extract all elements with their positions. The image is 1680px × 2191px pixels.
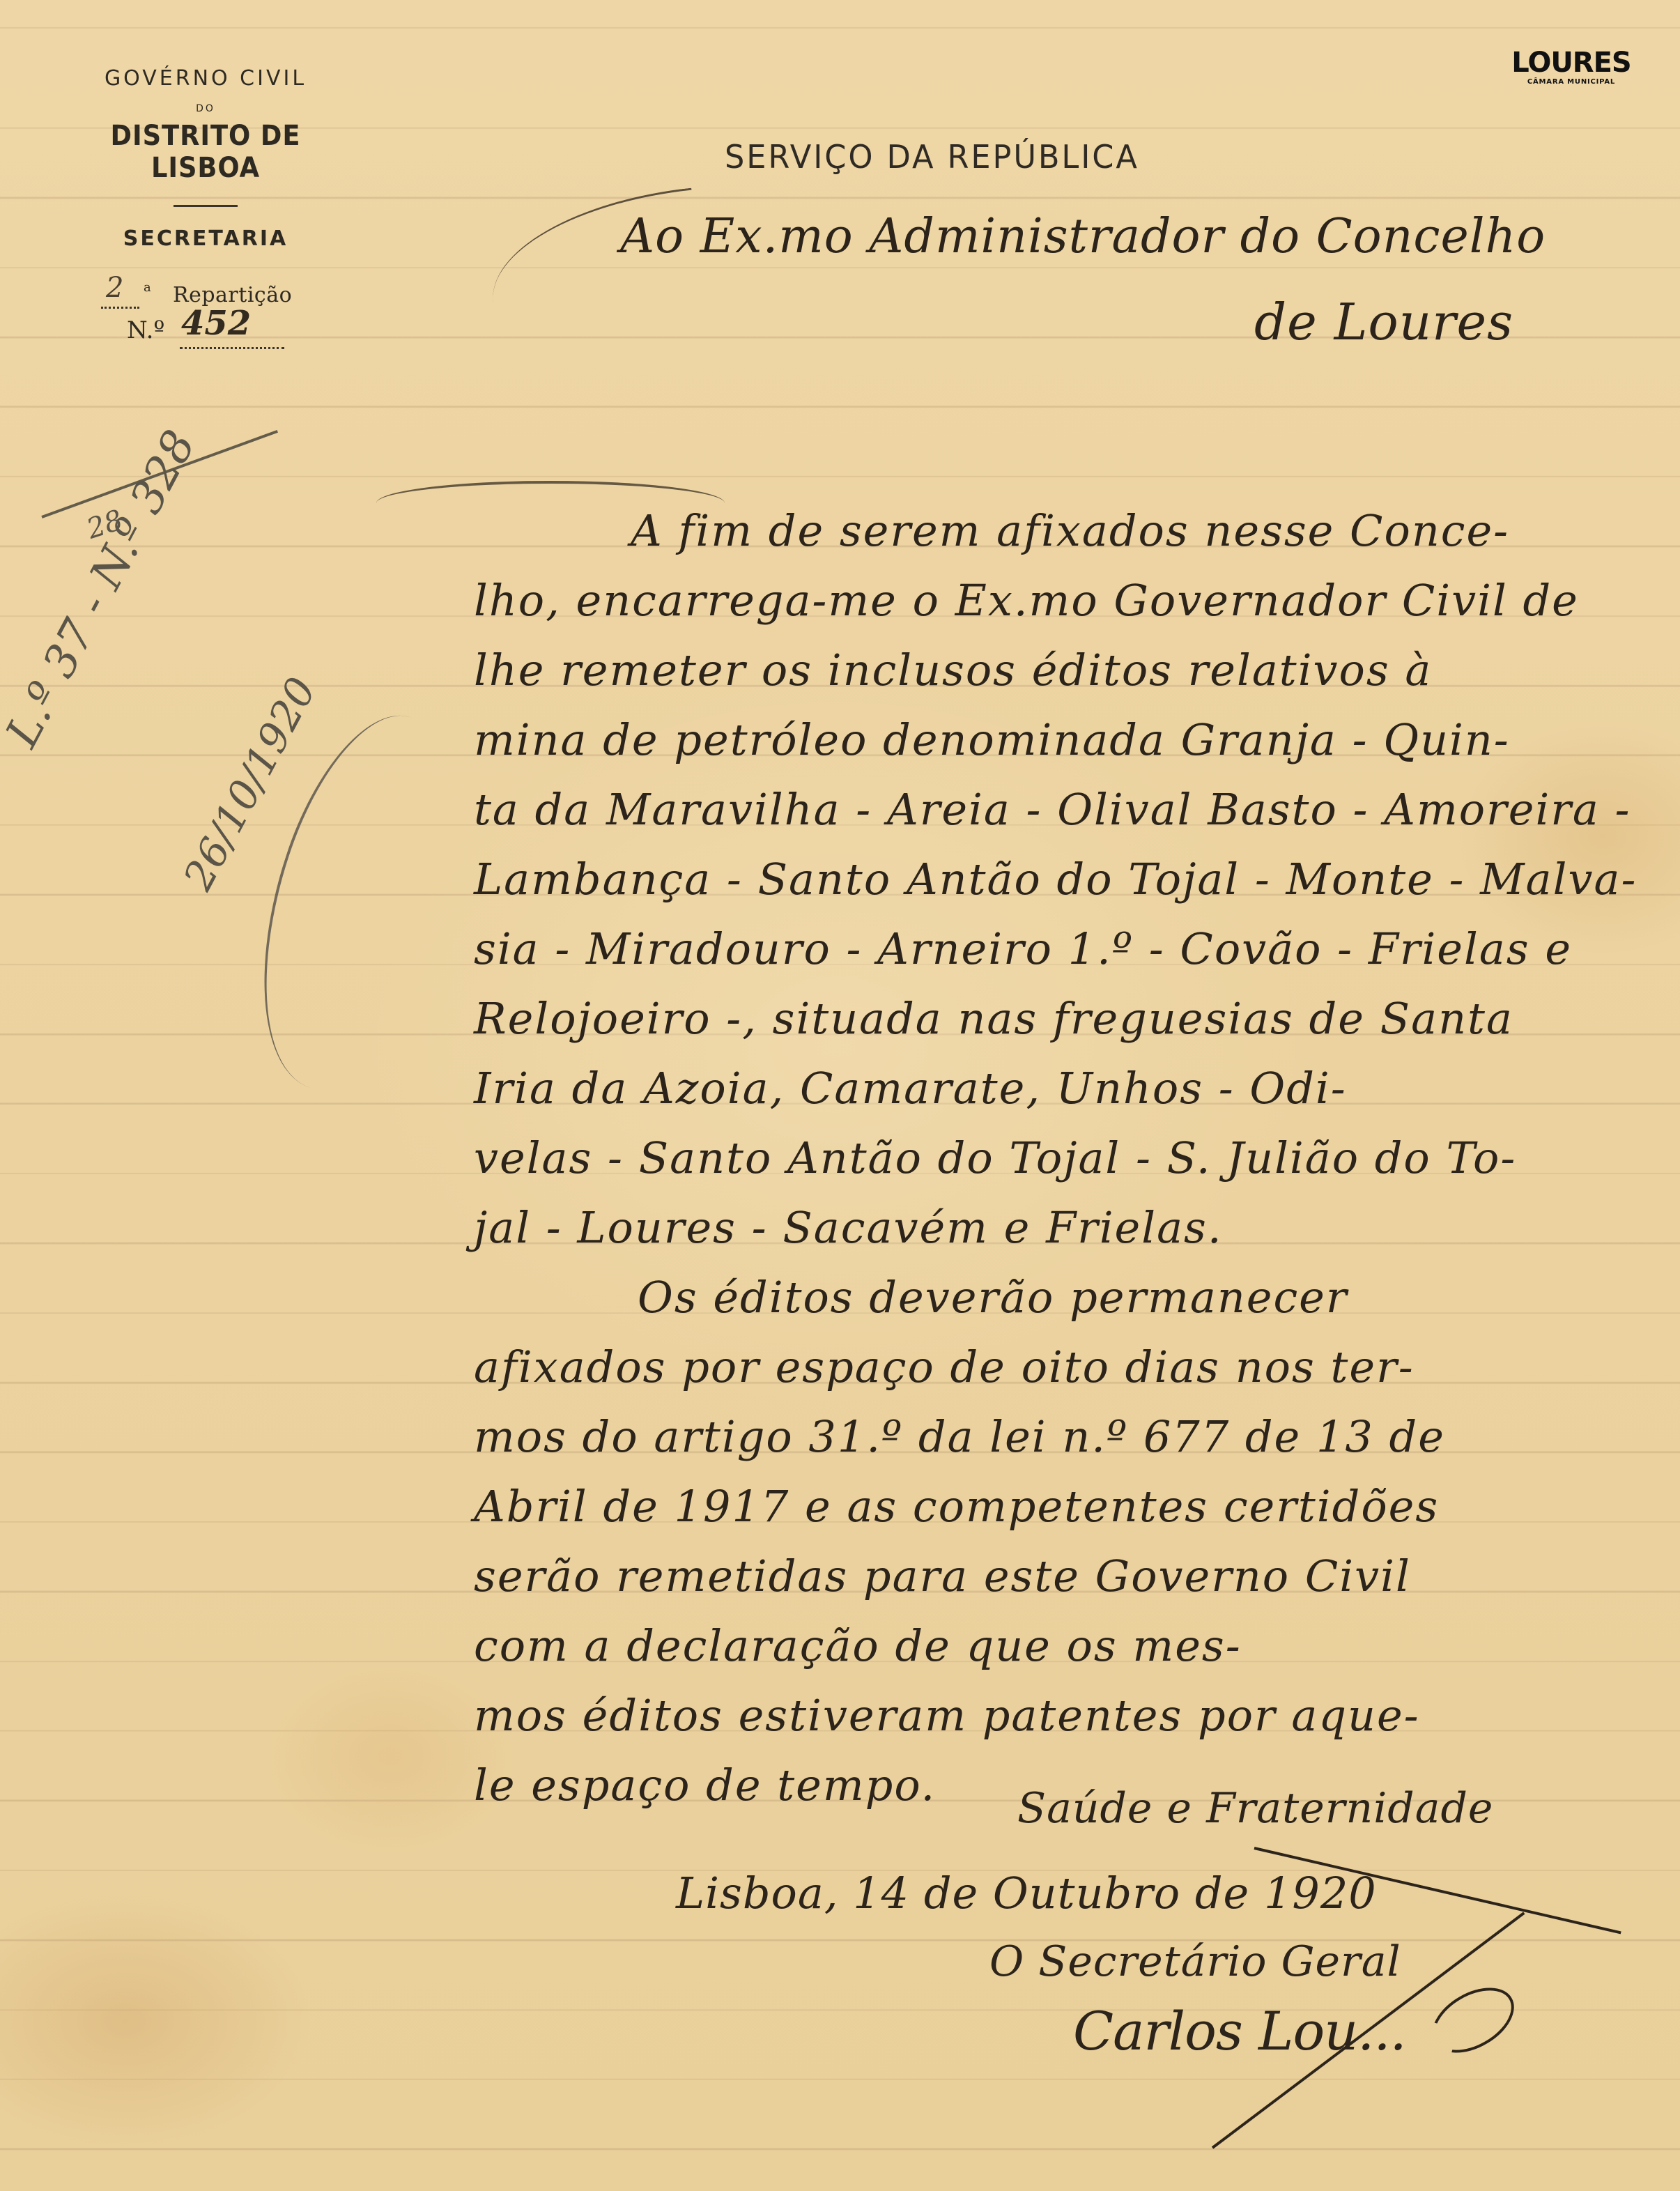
body-line: serão remetidas para este Governo Civil xyxy=(474,1551,1411,1601)
letterhead-district: DISTRITO DE LISBOA xyxy=(55,120,356,184)
body-line: afixados por espaço de oito dias nos ter… xyxy=(474,1341,1415,1392)
loures-logo: LOURES CÂMARA MUNICIPAL xyxy=(1509,49,1634,86)
body-line: ta da Maravilha - Areia - Olival Basto -… xyxy=(474,784,1631,835)
body-line: Relojoeiro -, situada nas freguesias de … xyxy=(474,993,1513,1044)
margin-note-reference: L.º 37 - N.º 328 xyxy=(0,422,206,755)
body-line: Abril de 1917 e as competentes certidões xyxy=(474,1481,1439,1532)
body-line: mina de petróleo denominada Granja - Qui… xyxy=(474,714,1510,765)
document-page: GOVÉRNO CIVIL DO DISTRITO DE LISBOA SECR… xyxy=(0,0,1680,2191)
service-title: SERVIÇO DA REPÚBLICA xyxy=(725,138,1139,176)
body-line: Iria da Azoia, Camarate, Unhos - Odi- xyxy=(474,1063,1347,1114)
body-line: jal - Loures - Sacavém e Frielas. xyxy=(474,1202,1223,1253)
body-line: Os éditos deverão permanecer xyxy=(638,1272,1348,1323)
body-line: lhe remeter os inclusos éditos relativos… xyxy=(474,645,1432,695)
letterhead-divider xyxy=(174,205,238,207)
addressee-line-2: de Loures xyxy=(1254,293,1513,351)
letterhead: GOVÉRNO CIVIL DO DISTRITO DE LISBOA SECR… xyxy=(42,66,369,315)
body-line: velas - Santo Antão do Tojal - S. Julião… xyxy=(474,1132,1516,1183)
dotted-line xyxy=(180,347,284,349)
body-line: le espaço de tempo. xyxy=(474,1760,936,1811)
body-line: lho, encarrega-me o Ex.mo Governador Civ… xyxy=(474,575,1579,626)
letterhead-government: GOVÉRNO CIVIL xyxy=(42,66,369,91)
body-line: A fim de serem afixados nesse Conce- xyxy=(631,505,1509,556)
addressee-line-1: Ao Ex.mo Administrador do Concelho xyxy=(620,209,1546,264)
logo-name: LOURES xyxy=(1509,49,1634,77)
letterhead-do: DO xyxy=(42,103,369,114)
dateline: Lisboa, 14 de Outubro de 1920 xyxy=(676,1868,1377,1919)
number-value: 452 xyxy=(181,304,251,343)
body-line: mos éditos estiveram patentes por aque- xyxy=(474,1690,1420,1741)
closing-salutation: Saúde e Fraternidade xyxy=(1017,1784,1493,1833)
document-number-field: N.º 452 xyxy=(84,307,293,355)
body-line: Lambança - Santo Antão do Tojal - Monte … xyxy=(474,854,1637,905)
signature-flourish xyxy=(1421,1974,1525,2066)
body-line: sia - Miradouro - Arneiro 1.º - Covão - … xyxy=(474,923,1572,974)
logo-subtitle: CÂMARA MUNICIPAL xyxy=(1509,78,1634,86)
signer-title: O Secretário Geral xyxy=(989,1937,1401,1986)
letterhead-secretaria: SECRETARIA xyxy=(42,226,369,251)
ordinal-suffix: a xyxy=(144,280,151,295)
body-line: com a declaração de que os mes- xyxy=(474,1620,1242,1671)
signature: Carlos Lou... xyxy=(1073,2000,1406,2062)
repartition-number: 2 xyxy=(106,272,123,304)
number-label: N.º xyxy=(127,316,164,344)
body-line: mos do artigo 31.º da lei n.º 677 de 13 … xyxy=(474,1411,1445,1462)
